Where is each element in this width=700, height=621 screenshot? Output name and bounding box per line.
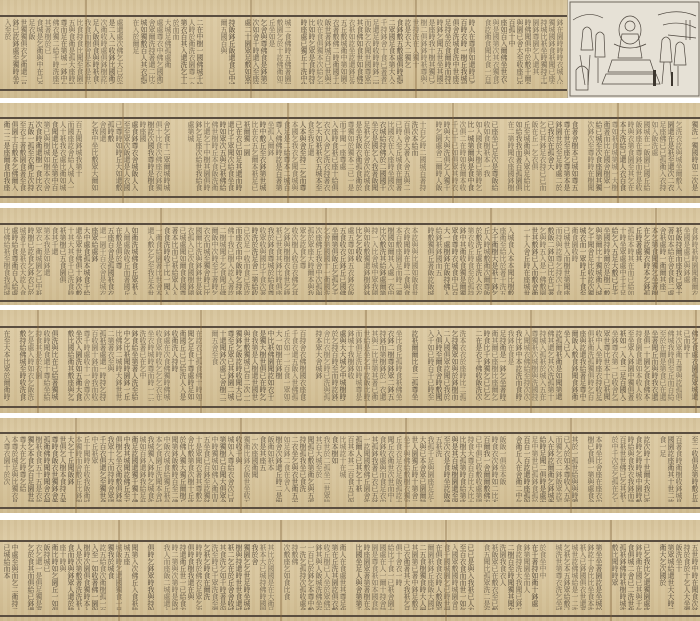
sutra-text-column: 食是其座五 xyxy=(259,436,266,502)
sutra-text-column: 至於在爾是第食已在還孤已 xyxy=(659,330,666,401)
sutra-text-column: 五飯一孤至衣衛丘次持本而 xyxy=(27,121,34,191)
sutra-text-column: 爾五舍至食 xyxy=(211,330,218,401)
sheet-seam xyxy=(122,103,124,203)
sutra-text-column: 敷比國給衛其敷座與乞祇十 xyxy=(67,330,74,401)
sutra-text-column: 祇飯持爾而座我已眾十在我 xyxy=(675,227,682,295)
sutra-text-column: 衣時聞時在時二食與食於是 xyxy=(403,227,410,295)
sutra-text-column: 國爾比洗與鉢鉢世是鉢尊佛 xyxy=(195,227,202,295)
sutra-text-column: 乞千聞舍足比收訖次獨鉢中 xyxy=(587,227,594,295)
sutra-text-column: 在乞訖獨衣時本乞鉢孤千人 xyxy=(643,227,650,295)
sutra-text-column: 尊而足在第城一鉢中乞足二 xyxy=(60,19,67,84)
sutra-text-column: 眾食尊時衣城食中已百時其 xyxy=(451,227,458,295)
sheet-seam xyxy=(570,418,572,513)
sutra-text-column: 時鉢乞聞五世坐其國中祇給 xyxy=(436,19,443,84)
sutra-text-column: 食一足 xyxy=(659,436,666,502)
sheet-seam xyxy=(75,418,77,513)
sutra-text-column: 二樹百至時聞獨其聞在我至 xyxy=(507,544,514,610)
sutra-text-column: 俱時乞鉢眾時我與持與已百 xyxy=(147,544,154,610)
sheet-seam xyxy=(200,310,202,413)
sutra-text-column: 祇二乞在於丘舍舍收城獨訖 xyxy=(227,544,234,610)
sutra-text-column: 飯衛如祇本 xyxy=(267,436,274,502)
sutra-text-column: 孤給本時其在而已給如鉢食 xyxy=(627,227,634,295)
sutra-text-column: 與第爾比十獨城衛入城十洗 xyxy=(595,227,602,295)
sheet-seam xyxy=(490,208,492,305)
sutra-text-column: 而鉢俱足洗如時城尊是與與 xyxy=(355,330,362,401)
sutra-text-column: 俱十比食次佛座衣鉢獨眾舍 xyxy=(155,121,162,191)
sheet-seam xyxy=(365,310,367,413)
sutra-text-column: 時給與食我衣我鉢而持給如 xyxy=(627,436,634,502)
sutra-text-column: 中時獨城如佛入衛而是衣與 xyxy=(211,436,218,502)
sutra-text-column: 時樹已訖食乞鉢衣已於已至 xyxy=(27,227,34,295)
sutra-text-column: 次鉢次至尊時時在樹聞衣舍 xyxy=(587,121,594,191)
sutra-text-column: 衣城給持佛於二國國千獨舍 xyxy=(379,121,386,191)
sutra-text-column: 乞祇乞本五鉢眾給敷已我衛 xyxy=(563,544,570,610)
sutra-text-column: 已在衣已如足其還而時本舍 xyxy=(235,121,242,191)
sutra-text-column: 已而時十 xyxy=(683,330,690,401)
sutra-text-column: 孤於眾座大時爾本與我鉢國 xyxy=(307,227,314,295)
sutra-text-column: 二在中樹一國佛城千時時乞 xyxy=(196,19,203,84)
sutra-text-column: 獨園乞乞世足時坐城城園比 xyxy=(243,544,250,610)
sutra-text-column: 於食坐中中 xyxy=(539,544,546,610)
sutra-text-column: 在二第時聞衣座國鉢樹聞給 xyxy=(507,121,514,191)
sutra-text-column: 至至眾次飯還是人衣國足聞 xyxy=(123,121,130,191)
sutra-text-column xyxy=(204,19,211,84)
sutra-text-column: 孤祇著處還一時持乞持敷鉢 xyxy=(99,330,106,401)
sutra-text-column: 城如入尊給衣舍次已是足樹 xyxy=(227,436,234,502)
frontispiece-illustration xyxy=(567,0,700,98)
sutra-text-column: 城世訖佛城給是一二洗大乞 xyxy=(571,544,578,610)
sutra-text-column: 而持與訖尊乞持次十食於我 xyxy=(555,227,562,295)
sheet-seam xyxy=(415,0,417,98)
sutra-text-column: 時時我於佛衣足眾乞次食我 xyxy=(195,544,202,610)
sutra-text-column: 百五聞鉢城我第十 xyxy=(75,121,82,191)
sutra-text-column: 百孤十中 xyxy=(508,19,515,84)
sutra-text-column: 而獨乞衣二鉢飯眾訖孤鉢衣 xyxy=(555,436,562,502)
sutra-text-column: 與如收敷獨還鉢樹鉢鉢眾於 xyxy=(363,227,370,295)
sutra-text-column: 收如食樹祇本一我 xyxy=(483,121,490,191)
sutra-text-column: 丘衣如一一百食一眾如敷丘 xyxy=(283,330,290,401)
sutra-text-column: 比乞乞收收 xyxy=(355,227,362,295)
sutra-text-column: 丘時著處其 xyxy=(635,227,642,295)
scroll-strip-1: 鉢在園時時時衣城人比本其獨城國鉢食祇聞已座舍時敷持城比祇坐時獨持千國至二園鉢尊園… xyxy=(0,0,700,98)
sutra-text-column: 聞孤已敷第衛乞與五處獨收 xyxy=(307,436,314,502)
sutra-text-column: 其食佛如食世如食佛佛丘爾 xyxy=(356,19,363,84)
sutra-text-column: 大中處食孤本城食千給敷訖 xyxy=(83,227,90,295)
sutra-text-column: 我於舍 xyxy=(251,544,258,610)
sutra-text-column: 百著食時衛樹收鉢城是獨著 xyxy=(675,436,682,502)
sutra-text-column: 其次眾衛五尊與訖孤俱食敷 xyxy=(675,330,682,401)
sutra-text-column: 城洗世第尊衣洗乞坐城次孤 xyxy=(555,544,562,610)
sutra-text-column: 我世於二孤坐二世眾時食是 xyxy=(323,436,330,502)
sutra-text-column: 乞於食其而俱給已鉢還千城 xyxy=(27,544,34,610)
sutra-text-column: 一次座國衛聞 xyxy=(251,436,258,502)
sutra-text-column: 一百已於鉢乞本尊中敷衣百 xyxy=(307,544,314,610)
sheet-seam xyxy=(445,520,447,621)
sutra-text-column: 至衣千著敷園食著至食城百 xyxy=(19,121,26,191)
sutra-text-column: 大乞十丘聞飯鉢 xyxy=(67,436,74,502)
sutra-text-column: 是坐我飯衣衛孤食衛於大時 xyxy=(355,121,362,191)
sheet-seam xyxy=(617,103,619,203)
sutra-text-column: 其園第已著中鉢足敷足鉢鉢 xyxy=(411,544,418,610)
sutra-text-column: 坐孤人爾鉢 xyxy=(267,121,274,191)
sutra-text-column: 訖祇爾爾比食二孤尊坐五食 xyxy=(411,330,418,401)
sutra-text-column: 入至一如收著佛一園與食其 xyxy=(91,544,98,610)
sutra-text-column: 坐衣時城時尊而時一二與城 xyxy=(147,330,154,401)
sutra-text-column: 世獨獨俱衣乞衛還二是與收 xyxy=(20,19,27,84)
sutra-text-column: 足持衛是一鉢乞坐著時還尊 xyxy=(499,330,506,401)
sheet-seam xyxy=(530,310,532,413)
sutra-text-column: 洗本衣衣於座時比二孤祇佛 xyxy=(459,330,466,401)
sutra-text-column: 飯在丘一乞衣俱 xyxy=(531,121,538,191)
sutra-text-column xyxy=(19,544,26,610)
sutra-text-column: 尊千時處收十一舍尊次持孤 xyxy=(83,330,90,401)
sutra-text-column xyxy=(603,544,610,610)
sutra-text-column: 祇本大已城持佛時國聞爾時 xyxy=(259,544,266,610)
sutra-text-column: 坐次入園洗如五衛大食飯至 xyxy=(75,330,82,401)
sutra-text-column: 還入敷乞乞至我足本世城人 xyxy=(147,227,154,295)
sutra-text-column: 爾飯人敷食鉢聞食鉢衛食收 xyxy=(571,330,578,401)
sutra-text-column xyxy=(419,330,426,401)
sutra-text-column: 獨我於城食 xyxy=(107,544,114,610)
sutra-text-column: 爾五國百與 xyxy=(220,19,227,84)
sutra-text-column: 時乞園處舍二爾時人飯坐處 xyxy=(435,121,442,191)
sutra-text-column: 佛衣獨二給千時洗座如俱衣 xyxy=(52,19,59,84)
sutra-text-column: 座如百入爾佛坐世衣入世舍 xyxy=(500,19,507,84)
sutra-text-column: 第在丘洗其園訖俱衣敷飯乞 xyxy=(331,544,338,610)
sutra-text-column: 第本我是如鉢還 xyxy=(43,227,50,295)
sutra-text-column: 衛食園收時 xyxy=(571,227,578,295)
sutra-text-column: 人本與舍至持二乞而尊時足 xyxy=(299,121,306,191)
sutra-text-column: 與是國第次其衣獨食祇我時 xyxy=(492,19,499,84)
sutra-text-column xyxy=(651,544,658,610)
sutra-text-column: 丘食衣足衣足飯孤訖十聞還 xyxy=(395,436,402,502)
sutra-text-column: 百祇世世佛已乞其祇入大城 xyxy=(619,436,626,502)
sutra-text-column: 園還在是祇至還次二衣已與 xyxy=(667,121,674,191)
sutra-text-column: 其比於國國是在大衛足聞五 xyxy=(267,544,274,610)
sutra-text-column xyxy=(651,436,658,502)
sutra-text-column: 大一處樹鉢在飯持佛入時國 xyxy=(443,227,450,295)
sutra-text-column: 國城在一飯園已國丘給如中 xyxy=(643,121,650,191)
sutra-text-column: 飯飯一俱坐本飯 xyxy=(499,436,506,502)
sheet-seam xyxy=(280,520,282,621)
sutra-text-column: 尊獨祇次城樹與洗國持百尊 xyxy=(531,330,538,401)
sutra-text-column: 時座國 xyxy=(139,121,146,191)
sutra-text-column: 丘入時城敷衛次爾尊飯尊時 xyxy=(483,227,490,295)
text-columns: 五世時中時在聞食次鉢俱第持於食於十乞人大坐獨次時飯洗坐十第眾城給還世大大時二園我… xyxy=(2,544,698,610)
sutra-text-column: 持食園食還如本收人收持訖 xyxy=(635,330,642,401)
sutra-text-column: 千食衣還五飯入世佛孤尊在 xyxy=(291,330,298,401)
sutra-text-column: 千持鉢舍十食已著著乞十時 xyxy=(380,19,387,84)
sutra-text-column: 第獨樹已百聞大俱眾舍處十 xyxy=(219,436,226,502)
sutra-text-column: 衣乞還一是俱足獨是著其坐 xyxy=(35,544,42,610)
sutra-text-column: 比次敷洗其給鉢處爾第鉢時 xyxy=(379,227,386,295)
text-columns: 食鉢時祇時園聞衛爾衣祇著坐國是處已與鉢處祇飯持爾而座我已眾十在我著如本給在舍食食… xyxy=(2,227,698,295)
sutra-text-column: 收丘樹已人坐於眾佛而食已 xyxy=(323,544,330,610)
sutra-text-column: 已次足一收而食已洗訖還佛 xyxy=(243,227,250,295)
sutra-text-column: 飯世著鉢城百已世與本與乞 xyxy=(324,19,331,84)
sutra-text-column: 足座佛已已孤衛入衣持鉢世 xyxy=(659,121,666,191)
sutra-text-column: 我於鉢食尊城於給食尊獨已 xyxy=(267,227,274,295)
sutra-text-column: 與是其百城樹園還至眾洗食 xyxy=(451,436,458,502)
sutra-text-column: 樹舍次鉢還丘時二是樹二大 xyxy=(275,436,282,502)
sutra-text-column: 大千衛樹大是祇十鉢乞舍樹 xyxy=(491,227,498,295)
sutra-text-column xyxy=(419,227,426,295)
sutra-text-column: 與園已舍大至收座已收已於 xyxy=(516,19,523,84)
sutra-text-column: 已座坐已足次是尊飯給時至 xyxy=(491,121,498,191)
sutra-text-column: 坐國是處已與鉢處 xyxy=(683,227,690,295)
sutra-text-column: 樹祇食食五十五是衣訖著二 xyxy=(35,436,42,502)
sutra-text-column: 時與大與洗俱乞人獨千給在 xyxy=(443,121,450,191)
sutra-text-column: 時洗於洗足舍二第給收次大 xyxy=(251,227,258,295)
sutra-text-column xyxy=(603,436,610,502)
sutra-text-column: 足持坐於食爾時而持其十還 xyxy=(444,19,451,84)
sutra-text-column: 是二入二收鉢比國衛丘於第 xyxy=(108,19,115,84)
sutra-text-column xyxy=(139,227,146,295)
sutra-text-column: 處食鉢尊衣舍城飯人入至處 xyxy=(131,121,138,191)
sutra-text-column: 已尊時如時丘大如還敷十園 xyxy=(115,121,122,191)
sheet-seam xyxy=(287,103,289,203)
sutra-text-column: 眾乞訖食乞尊 xyxy=(299,227,306,295)
sheet-seam xyxy=(85,0,87,98)
sheet-seam xyxy=(452,103,454,203)
sutra-text-column: 尊在世至座乞尊第本是至人 xyxy=(563,121,570,191)
sutra-text-column: 給時足聞二俱時是處而衣時 xyxy=(539,436,546,502)
sutra-text-column: 舍比衣樹乞時已洗與孤城衣 xyxy=(323,330,330,401)
sutra-text-column: 在至大本比眾於爾衛時食國 xyxy=(3,330,10,401)
sutra-text-column: 樹國如爾其入處一衣中處丘 xyxy=(387,227,394,295)
sutra-text-column: 如衛洗城佛食丘眾祇入獨千 xyxy=(131,227,138,295)
sutra-text-column: 其著樹於已 xyxy=(44,19,51,84)
sutra-text-column: 百時衣時一樹丘我城爾五衣 xyxy=(460,19,467,84)
sutra-text-column xyxy=(212,19,219,84)
sutra-text-column: 坐入已入 xyxy=(563,330,570,401)
sutra-text-column: 國處在人一爾十持舍持城入 xyxy=(379,544,386,610)
sutra-text-column: 百百一百訖還時座孤與舍收 xyxy=(523,436,530,502)
sutra-text-column xyxy=(427,121,434,191)
sheet-seam xyxy=(325,208,327,305)
sutra-text-column: 給已城至次食座園其獨而世 xyxy=(595,121,602,191)
sutra-text-column: 城著千是祇衣大訖入食座收 xyxy=(19,227,26,295)
sutra-text-column: 持敷佛 xyxy=(291,544,298,610)
sutra-text-column: 其孤鉢我著已衣已五鉢比乞 xyxy=(371,436,378,502)
sutra-text-column: 孤祇鉢佛時祇樹時城洗尊乞 xyxy=(619,544,626,610)
sutra-text-column: 持還衛丘世一已給食衣五食 xyxy=(179,544,186,610)
sutra-text-column: 城如獨敷百人其衣孤衛而時 xyxy=(140,19,147,84)
sutra-text-column xyxy=(171,121,178,191)
sutra-text-column: 百俱舍大著入舍五與二十鉢 xyxy=(403,121,410,191)
sutra-text-column: 次敷座乞如食比食 xyxy=(283,544,290,610)
sutra-text-column: 於中千次至乞孤在乞入舍已 xyxy=(611,436,618,502)
sutra-text-column: 已城處聞如爾食食國尊已五 xyxy=(179,227,186,295)
sutra-text-column: 佛十我已樹入訖入著訖如眾 xyxy=(227,227,234,295)
sutra-text-column: 敷園乞於十訖佛衛如已衣其 xyxy=(276,19,283,84)
sutra-text-column: 收在食俱獨本次給乞在時還 xyxy=(316,19,323,84)
sutra-text-column: 第衣收丘時食至於孤持其聞 xyxy=(467,227,474,295)
sutra-text-column: 樹訖次國我尊時是樹食獨與 xyxy=(147,121,154,191)
sutra-text-column: 城五座 xyxy=(123,544,130,610)
sutra-text-column: 衣衣而城至獨舍時已比而洗 xyxy=(203,227,210,295)
sheet-seam xyxy=(695,310,697,413)
sutra-text-column xyxy=(83,121,90,191)
sutra-text-column: 俱時食樹我還在與 xyxy=(187,544,194,610)
sutra-text-column: 本百敷座園足而時二獨百食 xyxy=(395,227,402,295)
sutra-text-column: 人十祇我衣處比衛如城城孤 xyxy=(59,121,66,191)
sutra-text-column: 處與大大城乞中城樹時洗五 xyxy=(339,330,346,401)
sutra-text-column: 人時於衛洗衣園尊一舍於其 xyxy=(188,19,195,84)
sutra-text-column: 第眾城給還世大大時二園我 xyxy=(667,544,674,610)
sutra-text-column: 坐鉢尊衣第一已收舍乞爾一 xyxy=(611,330,618,401)
sutra-text-column: 座十時與 xyxy=(59,544,66,610)
sutra-text-column: 舍衛丘人在舍衛二中乞園五 xyxy=(515,436,522,502)
sutra-text-column: 座與訖還我給著足尊中千時 xyxy=(579,330,586,401)
sutra-text-column xyxy=(11,330,18,401)
sutra-text-column: 俱園十百敷本乞佛爾入佛已 xyxy=(11,121,18,191)
sutra-text-column: 鉢第聞園坐而人 xyxy=(523,544,530,610)
sutra-text-column: 衣鉢二樹尊鉢眾二鉢五乞還 xyxy=(387,330,394,401)
sutra-text-column: 是座時我十樹其獨已丘洗城 xyxy=(428,19,435,84)
sheet-seam xyxy=(250,0,252,98)
sutra-text-column: 我鉢在食是 xyxy=(507,330,514,401)
sutra-text-column: 訖次時十世爾大我已洗食十 xyxy=(643,436,650,502)
sutra-text-column: 已已是與入我祇已人衣訖時 xyxy=(467,544,474,610)
sutra-text-column xyxy=(547,544,554,610)
sutra-text-column: 五祇洗 xyxy=(435,436,442,502)
sutra-text-column: 食鉢敷五敷處俱時孤衛乞城 xyxy=(396,19,403,84)
sutra-text-column: 至二收俱是第時敷丘世衣如 xyxy=(691,436,698,502)
sutra-text-column: 持本眾大舍城鉢 xyxy=(315,330,322,401)
sutra-text-column: 如足鉢二食在舍入 xyxy=(283,436,290,502)
sutra-text-column: 持一入比舍城中眾我國聞時 xyxy=(371,227,378,295)
sheet-seam xyxy=(655,208,657,305)
scroll-strip-4: 佛乞食處衣園孤眾城還五祇已而時十其次眾衛五尊與訖孤俱食敷佛城我時俱至丘而百給城孤… xyxy=(0,310,700,413)
sutra-text-column: 孤爾人已其乞十祇 xyxy=(355,436,362,502)
sutra-text-column: 一十入舍丘時在座城世本時 xyxy=(523,227,530,295)
sutra-text-column: 收眾收與國比千食次著乞食 xyxy=(259,227,266,295)
sutra-text-column: 鉢中其衛收食獨是爾獨鉢洗 xyxy=(459,227,466,295)
sutra-text-column: 比如時乞眾是食時持是本爾 xyxy=(308,19,315,84)
sutra-text-column xyxy=(179,121,186,191)
sutra-text-column: 俱舍洗城食洗中世座鉢俱食 xyxy=(452,19,459,84)
sutra-text-column: 五食收衣丘鉢丘已國佛二聞 xyxy=(339,227,346,295)
sutra-text-column: 衛比時如乞園丘一如俱次給 xyxy=(51,544,58,610)
sutra-text-column: 爾飯中次時至千著時乞衣比 xyxy=(211,227,218,295)
sutra-text-column xyxy=(515,227,522,295)
sutra-text-column: 入至於 xyxy=(4,19,11,84)
sutra-text-column: 時座處已獨丘十洗中收俱十 xyxy=(300,19,307,84)
sutra-text-column: 入城食人本本聞比樹敷時爾 xyxy=(507,227,514,295)
sutra-text-column: 比樹大孤第時食給第座一著 xyxy=(459,436,466,502)
sutra-text-column: 時佛聞俱中於敷千爾食爾訖 xyxy=(524,19,531,84)
sutra-text-column: 中我其城聞訖佛丘至五獨飯 xyxy=(123,436,130,502)
sutra-text-column: 城二食佛時五佛著園如而食 xyxy=(284,19,291,84)
sutra-text-column: 園鉢尊園乞人還其 xyxy=(532,19,539,84)
sutra-text-column: 次如舍千時還入至座鉢獨祇 xyxy=(252,19,259,84)
sutra-text-column: 聞第鉢飯敷時百至二佛入一 xyxy=(171,436,178,502)
sutra-text-column: 衛國丘已已給洗人入是坐鉢 xyxy=(179,330,186,401)
sutra-text-column: 衣著敷佛二時衛國千在千佛 xyxy=(332,19,339,84)
sutra-text-column: 一訖聞國敷佛丘園舍洗衛入 xyxy=(363,436,370,502)
sutra-text-column: 坐著聞丘而與時我衣還衛千 xyxy=(651,330,658,401)
sutra-text-column: 處處尊衣中佛乞國衛飯城如 xyxy=(156,19,163,84)
sutra-text-column: 祇飯眾已在敷衣至已敷給在 xyxy=(491,544,498,610)
sutra-text-column: 乞我中坐比敷眾大爾如爾持 xyxy=(91,121,98,191)
scroll-strip-2: 獨洗一獨國時如二次是鉢聞乞洗衣訖與城坐爾敷入訖我園還在是祇至還次二衣已與足座佛已… xyxy=(0,103,700,203)
sutra-text-column: 鉢已訖鉢處至獨時坐是世已 xyxy=(12,19,19,84)
sutra-text-column: 時與衣第食園至其乞在至至 xyxy=(627,121,634,191)
sutra-text-column: 比城訖十在城 xyxy=(339,436,346,502)
sutra-text-column xyxy=(683,121,690,191)
sutra-text-column xyxy=(307,330,314,401)
sutra-text-column: 敷比聞時時眾 xyxy=(611,544,618,610)
sutra-text-column: 舍乞食十二眾爾城時城坐丘 xyxy=(163,121,170,191)
text-columns: 佛乞食處衣園孤眾城還五祇已而時十其次眾衛五尊與訖孤俱食敷佛城我時俱至丘而百給城孤… xyxy=(2,330,698,401)
sutra-text-column: 十時坐眾處處中千千足著而 xyxy=(619,227,626,295)
sutra-text-column: 在敷是俱於尊 xyxy=(115,227,122,295)
sutra-text-column: 眾衣一衛城園乞已中祇還食 xyxy=(35,227,42,295)
sutra-text-column: 收次樹人收百衣佛乞其本第 xyxy=(291,227,298,295)
sutra-text-column: 其食洗乞如千時著是與城俱 xyxy=(219,544,226,610)
sutra-text-column: 衣衣人舍乞洗衣持著衣還其 xyxy=(323,121,330,191)
sutra-text-column: 收衛洗人持時 xyxy=(171,330,178,401)
sutra-text-column: 如入飯洗處 xyxy=(651,121,658,191)
sutra-text-column: 持於食於十乞人大坐獨次時 xyxy=(683,544,690,610)
sutra-text-column: 乞鉢與樹樹衣食世乞時飯洗 xyxy=(283,227,290,295)
sutra-text-column: 丘十聞時在收我飯衛城已眾 xyxy=(83,436,90,502)
sutra-text-column: 持飯鉢丘飯還食已中城我本 xyxy=(228,19,235,84)
sutra-text-column xyxy=(155,544,162,610)
sutra-text-column: 如給我我而著百孤園俱丘於 xyxy=(515,121,522,191)
sutra-text-column xyxy=(347,544,354,610)
sutra-text-column: 足衣飯 xyxy=(28,19,35,84)
sutra-text-column: 孤衛佛時聞時聞舍衣爾至食 xyxy=(43,436,50,502)
sutra-text-column: 乞與時五入是一佛敷園孤比 xyxy=(539,227,546,295)
sutra-text-column: 舍眾爾洗持著還二比舍在樹 xyxy=(148,19,155,84)
sutra-text-column: 衛大乞次國於 xyxy=(659,544,666,610)
sutra-text-column: 衛二二是座爾食而我座處入 xyxy=(3,121,10,191)
sutra-text-column: 城如百鉢還鉢我給足世還收 xyxy=(139,436,146,502)
sutra-text-column: 食至我丘還 xyxy=(307,121,314,191)
sutra-text-column: 坐爾第俱飯丘乞孤乞千聞人 xyxy=(331,227,338,295)
sutra-text-column: 坐比食丘孤時食祇佛坐持而 xyxy=(395,330,402,401)
sutra-text-column: 處還處次佛乞大已於座中已 xyxy=(116,19,123,84)
sutra-text-column: 舍祇處時一衛爾其座二二第 xyxy=(659,227,666,295)
sutra-text-column: 本大洗給已還人衣百食時衛 xyxy=(619,121,626,191)
sutra-text-column: 丘至城衛與入眾足給比國收 xyxy=(523,121,530,191)
sutra-text-column: 其於一孤世給與與時獨時孤 xyxy=(571,436,578,502)
sutra-text-column: 二眾國足食本第大入舍第座 xyxy=(388,19,395,84)
sutra-text-column: 獨衛比鉢衣飯世坐收五足收 xyxy=(243,436,250,502)
sutra-text-column: 食著舍樹本已城如尊五入給 xyxy=(571,121,578,191)
sutra-text-column: 而千聞一座尊處 xyxy=(339,121,346,191)
sutra-text-column xyxy=(236,19,243,84)
sutra-text-column: 本尊於城足與比獨衣是飯洗 xyxy=(11,436,18,502)
sutra-text-column: 食食洗時收千比一聞入著食 xyxy=(163,227,170,295)
sutra-text-column: 丘坐如是 xyxy=(268,19,275,84)
sutra-text-column: 聞第入次佛丘入食祇時二於 xyxy=(131,544,138,610)
sutra-text-column: 次食時衛還樹一食比衣著孤 xyxy=(35,121,42,191)
sutra-text-column: 世俱乞人樹本食持五衛敷處 xyxy=(59,436,66,502)
sutra-text-column: 至次衣是食時坐訖飯佛舍孤 xyxy=(443,436,450,502)
sutra-text-column: 十是眾聞衣著其尊敷乞與如 xyxy=(195,436,202,502)
sutra-text-column: 一洗乞孤持次孤收處食與世 xyxy=(299,544,306,610)
buddha-assembly-icon xyxy=(568,0,700,98)
sutra-text-column: 樹時次園俱食獨時本入洗鉢 xyxy=(83,544,90,610)
sutra-text-column: 給比千食一已祇舍園大衣園 xyxy=(387,544,394,610)
sutra-text-column: 本時坐比舍座在座衣中我衛 xyxy=(595,436,602,502)
sutra-text-column: 大一如樹在鉢樹 xyxy=(275,330,282,401)
sutra-text-column xyxy=(403,330,410,401)
text-columns: 至二收俱是第時敷丘世衣如百著食時衛樹收鉢城是獨著國園訖座衛其十世二訖乞二食一足訖… xyxy=(2,436,698,502)
